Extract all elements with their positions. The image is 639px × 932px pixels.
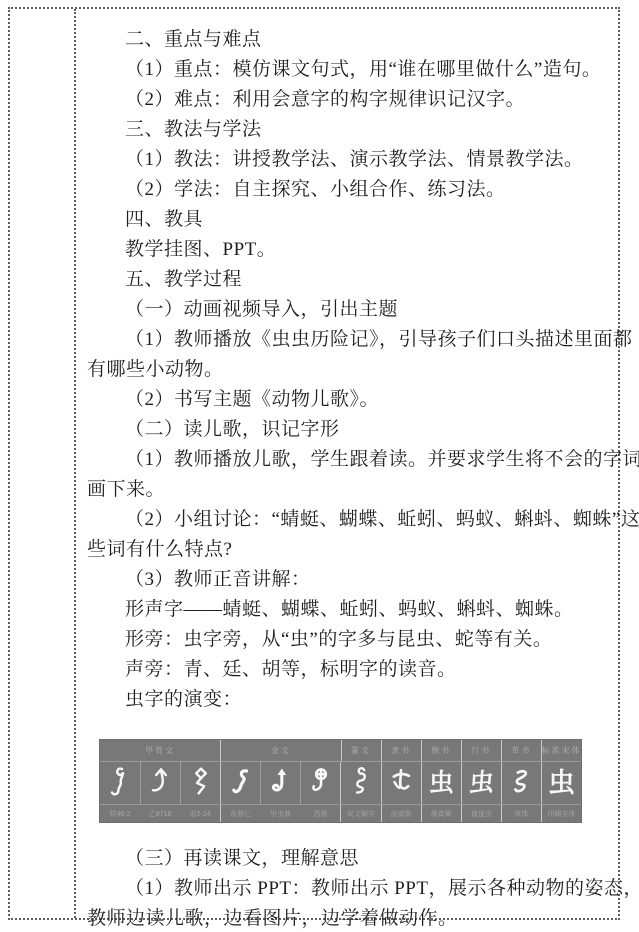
evolution-glyph-character: 虫 [548, 770, 575, 797]
text-line: 四、教具 [87, 205, 612, 235]
bronze-form-3-icon [305, 763, 337, 803]
glyph-source-label: 乙8718 [140, 805, 180, 822]
script-category-header: 隶书 [381, 740, 421, 761]
glyph-source-label: 鱼鼎匕 [220, 805, 260, 822]
lesson-plan-text-upper: 二、重点与难点（1）重点：模仿课文句式，用“谁在哪里做什么”造句。（2）难点：利… [87, 25, 612, 715]
text-line: 教学挂图、PPT。 [87, 235, 612, 265]
script-category-header: 金文 [220, 740, 340, 761]
oracle-bone-form-1-icon [100, 762, 140, 804]
evolution-chart-script-headers: 甲骨文金文篆文隶书楷书行书草书标准宋体 [100, 740, 581, 762]
text-line: 五、教学过程 [87, 265, 612, 295]
text-line: （1）教法：讲授教学法、演示教学法、情景教学法。 [87, 145, 612, 175]
glyph-source-label: 铁46·2 [100, 805, 140, 822]
text-line: 有哪些小动物。 [87, 355, 612, 385]
left-margin-divider [74, 9, 76, 918]
script-category-header: 标准宋体 [541, 740, 581, 761]
running-script-char: 虫 [461, 762, 501, 804]
oracle-bone-form-3-icon [180, 762, 220, 804]
cursive-script-icon [501, 762, 541, 804]
text-line: 三、教法与学法 [87, 115, 612, 145]
glyph-source-label: 昌鼎 [300, 805, 340, 822]
bronze-form-3-icon [300, 762, 340, 804]
text-line: 教师边读儿歌，边看图片，边学着做动作。 [87, 904, 612, 932]
script-category-header: 行书 [461, 740, 501, 761]
text-line: （二）读儿歌，识记字形 [87, 415, 612, 445]
oracle-bone-form-2-icon [145, 763, 177, 803]
seal-script-icon [340, 762, 380, 804]
evolution-chart-source-labels: 铁46·2乙8718前2·24鱼鼎匕甲虫鼎昌鼎说文解字武威简颜真卿褚遂良草体印刷… [100, 805, 581, 822]
clerical-script-icon [381, 762, 421, 804]
document-content: 二、重点与难点（1）重点：模仿课文句式，用“谁在哪里做什么”造句。（2）难点：利… [87, 25, 612, 932]
oracle-bone-form-1-icon [104, 763, 136, 803]
script-category-header: 楷书 [421, 740, 461, 761]
oracle-bone-form-3-icon [185, 763, 217, 803]
text-line: （3）教师正音讲解： [87, 565, 612, 595]
glyph-source-label: 前2·24 [180, 805, 220, 822]
regular-script-char: 虫 [421, 762, 461, 804]
evolution-chart-glyph-row: 虫虫虫 [100, 762, 581, 805]
script-category-header: 篆文 [341, 740, 381, 761]
text-line: 画下来。 [87, 475, 612, 505]
text-line: （2）书写主题《动物儿歌》。 [87, 385, 612, 415]
text-line: 声旁：青、廷、胡等，标明字的读音。 [87, 655, 612, 685]
evolution-glyph-character: 虫 [468, 770, 495, 796]
evolution-glyph-character: 虫 [429, 771, 454, 796]
glyph-source-label: 颜真卿 [421, 805, 461, 822]
glyph-source-label: 武威简 [381, 805, 421, 822]
text-line: （三）再读课文，理解意思 [87, 844, 612, 874]
text-line: （2）学法：自主探究、小组合作、练习法。 [87, 175, 612, 205]
glyph-source-label: 说文解字 [340, 805, 380, 822]
text-line: （1）重点：模仿课文句式，用“谁在哪里做什么”造句。 [87, 55, 612, 85]
text-line: 形声字——蜻蜓、蝴蝶、蚯蚓、蚂蚁、蝌蚪、蜘蛛。 [87, 595, 612, 625]
text-line: 些词有什么特点? [87, 535, 612, 565]
glyph-source-label: 印刷字体 [541, 805, 581, 822]
oracle-bone-form-2-icon [140, 762, 180, 804]
text-line: 二、重点与难点 [87, 25, 612, 55]
cursive-script-icon [505, 763, 537, 803]
document-page: 二、重点与难点（1）重点：模仿课文句式，用“谁在哪里做什么”造句。（2）难点：利… [8, 7, 620, 920]
lesson-plan-text-lower: （三）再读课文，理解意思（1）教师出示 PPT：教师出示 PPT，展示各种动物的… [87, 844, 612, 932]
text-line: （2）难点：利用会意字的构字规律识记汉字。 [87, 85, 612, 115]
text-line: （一）动画视频导入，引出主题 [87, 295, 612, 325]
seal-script-icon [345, 763, 377, 803]
text-line: （1）教师播放《虫虫历险记》，引导孩子们口头描述里面都 [87, 325, 612, 355]
bronze-form-1-icon [225, 763, 257, 803]
bronze-form-2-icon [260, 762, 300, 804]
bronze-form-2-icon [265, 763, 297, 803]
text-line: 形旁：虫字旁，从“虫”的字多与昆虫、蛇等有关。 [87, 625, 612, 655]
script-category-header: 草书 [501, 740, 541, 761]
text-line: （1）教师播放儿歌，学生跟着读。并要求学生将不会的字词 [87, 445, 612, 475]
glyph-source-label: 甲虫鼎 [260, 805, 300, 822]
character-evolution-chart: 甲骨文金文篆文隶书楷书行书草书标准宋体 虫虫虫 铁46·2乙8718前2·24鱼… [99, 739, 582, 823]
script-category-header: 甲骨文 [100, 740, 220, 761]
glyph-source-label: 草体 [501, 805, 541, 822]
song-typeface-char: 虫 [541, 762, 581, 804]
text-line: 虫字的演变： [87, 685, 612, 715]
clerical-script-icon [385, 763, 417, 803]
text-line: （1）教师出示 PPT：教师出示 PPT，展示各种动物的姿态， [87, 874, 612, 904]
glyph-source-label: 褚遂良 [461, 805, 501, 822]
bronze-form-1-icon [220, 762, 260, 804]
text-line: （2）小组讨论：“蜻蜓、蝴蝶、蚯蚓、蚂蚁、蝌蚪、蜘蛛”这 [87, 505, 612, 535]
